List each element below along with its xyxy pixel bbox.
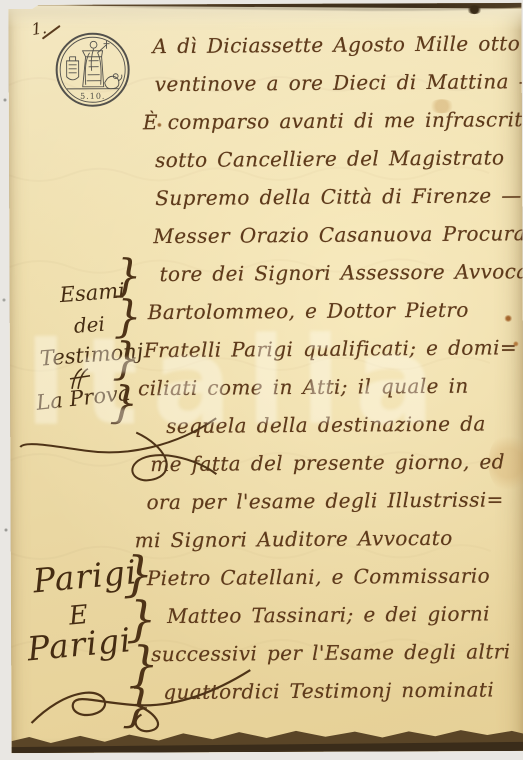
stamp-graphic (52, 31, 132, 115)
manuscript-line: Messer Orazio Casanuova Procura= (131, 214, 523, 255)
margin-note-testimonj: Testimonj (39, 339, 144, 371)
margin-note-esami: Esami (59, 278, 126, 307)
manuscript-line: Matteo Tassinari; e dei giorni (133, 594, 523, 635)
manuscript-line: sotto Cancelliere del Magistrato (131, 138, 523, 179)
margin-name-parigi-1: Parigi (31, 552, 139, 600)
scan-background: 1. (0, 0, 523, 760)
manuscript-line: Supremo della Città di Firenze — (131, 176, 523, 217)
stamp-denomination: 5.10. (53, 92, 133, 101)
manuscript-line: Fratelli Parigi qualificati; e domi= (132, 328, 523, 369)
margin-note-la-prova: La Prova (35, 381, 131, 415)
manuscript-line: tore dei Signori Assessore Avvocato (131, 252, 523, 293)
manuscript-line: ciliati come in Atti; il quale in (132, 366, 523, 407)
manuscript-line: Pietro Catellani, e Commissario (133, 556, 523, 597)
manuscript-line: A dì Diciassette Agosto Mille otto Cento (130, 24, 523, 65)
manuscript-line: ora per l'esame degli Illustrissi= (132, 480, 523, 521)
page-number: 1. (30, 18, 48, 39)
margin-note-dei: dei (73, 312, 106, 338)
manuscript-line: È comparso avanti di me infrascritto (131, 100, 523, 141)
deckled-bottom-edge (12, 721, 523, 753)
margin-name-parigi-2: Parigi (26, 620, 134, 668)
manuscript-line: mi Signori Auditore Avvocato (133, 518, 523, 559)
manuscript-line: quattordici Testimonj nominati (133, 670, 523, 711)
manuscript-line: Bartolommeo, e Dottor Pietro (132, 290, 523, 331)
fiscal-stamp-seal: 5.10. (52, 31, 132, 115)
manuscript-line: me fatta del presente giorno, ed (132, 442, 523, 483)
manuscript-line: sequela della destinazione da (132, 404, 523, 445)
manuscript-line: successivi per l'Esame degli altri (133, 632, 523, 673)
manuscript-line: ventinove a ore Dieci di Mattina — (131, 62, 523, 103)
manuscript-text-block: A dì Diciassette Agosto Mille otto Cento… (130, 25, 523, 711)
manuscript-page: 1. (8, 3, 523, 753)
